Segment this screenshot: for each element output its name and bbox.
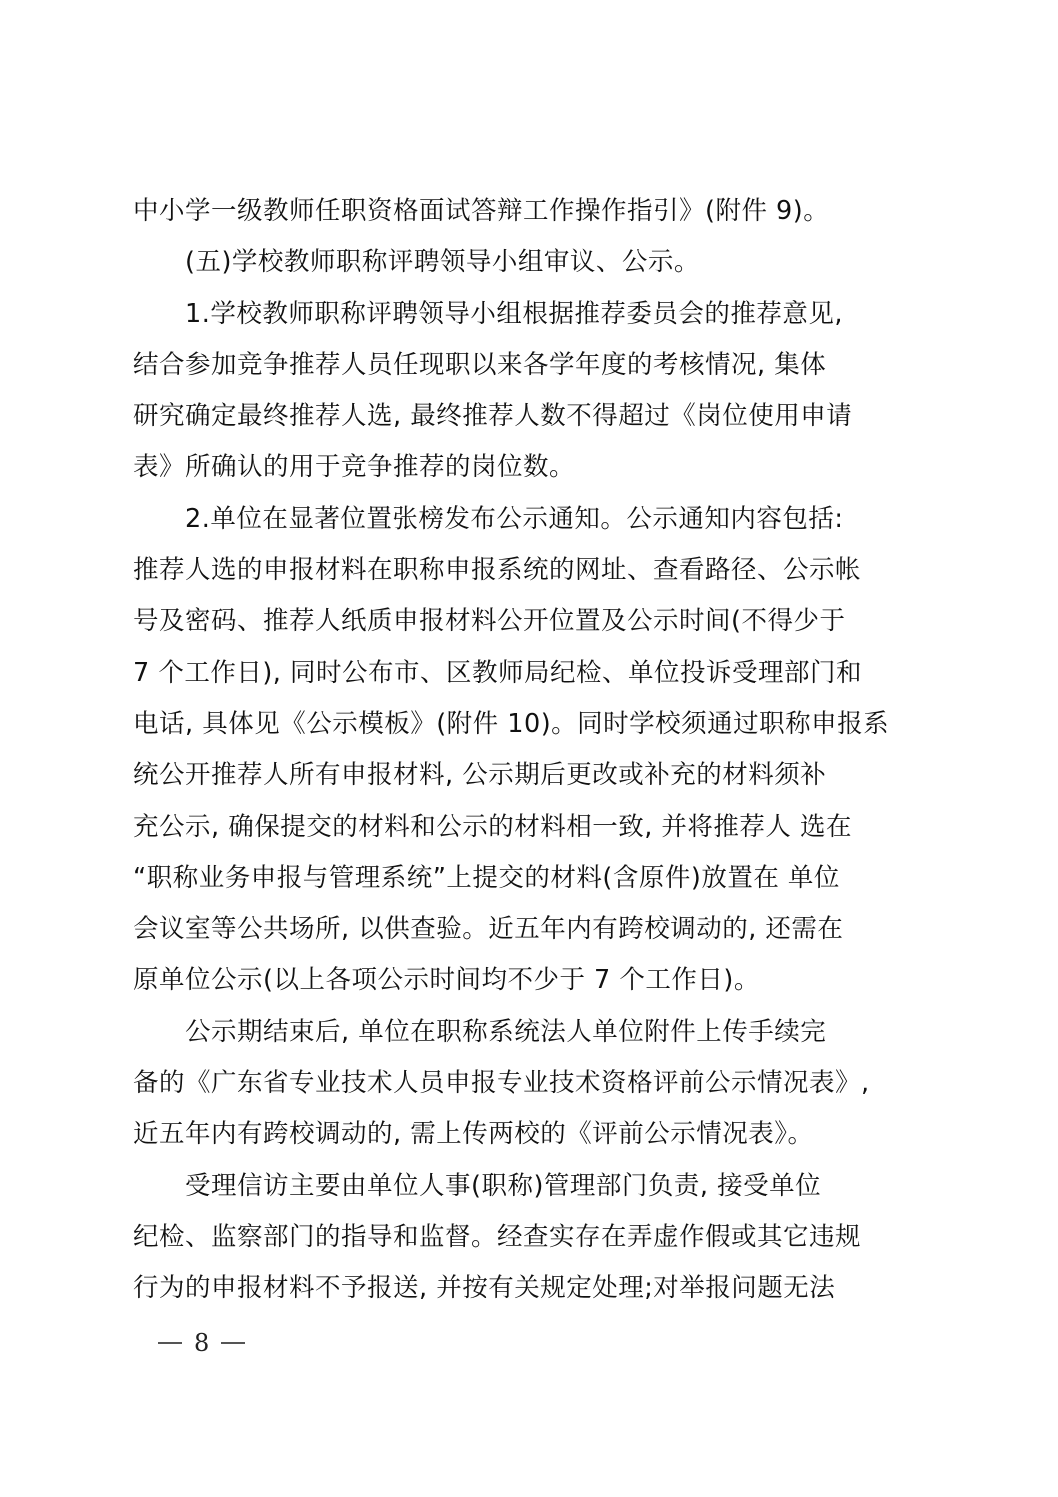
text-line-3: 1.学校教师职称评聘领导小组根据推荐委员会的推荐意见,	[133, 289, 918, 340]
text-line-16: 原单位公示(以上各项公示时间均不少于 7 个工作日)。	[133, 955, 918, 1006]
section-heading-5: (五)学校教师职称评聘领导小组审议、公示。	[133, 237, 918, 288]
text-line-8: 推荐人选的申报材料在职称申报系统的网址、查看路径、公示帐	[133, 545, 918, 596]
text-line-22: 行为的申报材料不予报送, 并按有关规定处理;对举报问题无法	[133, 1263, 918, 1314]
text-line-13: 充公示, 确保提交的材料和公示的材料相一致, 并将推荐人 选在	[133, 802, 918, 853]
text-line-14: “职称业务申报与管理系统”上提交的材料(含原件)放置在 单位	[133, 853, 918, 904]
text-line-15: 会议室等公共场所, 以供查验。近五年内有跨校调动的, 还需在	[133, 904, 918, 955]
text-line-4: 结合参加竞争推荐人员任现职以来各学年度的考核情况, 集体	[133, 340, 918, 391]
dash-right	[221, 1342, 245, 1344]
page-number-value: 8	[194, 1329, 209, 1357]
text-line-18: 备的《广东省专业技术人员申报专业技术资格评前公示情况表》,	[133, 1058, 918, 1109]
document-body: 中小学一级教师任职资格面试答辩工作操作指引》(附件 9)。 (五)学校教师职称评…	[133, 186, 918, 1315]
document-page: 中小学一级教师任职资格面试答辩工作操作指引》(附件 9)。 (五)学校教师职称评…	[0, 0, 1058, 1497]
text-line-10: 7 个工作日), 同时公布市、区教师局纪检、单位投诉受理部门和	[133, 648, 918, 699]
page-number: 8	[158, 1329, 245, 1357]
text-line-17: 公示期结束后, 单位在职称系统法人单位附件上传手续完	[133, 1007, 918, 1058]
dash-left	[158, 1342, 182, 1344]
text-line-21: 纪检、监察部门的指导和监督。经查实存在弄虚作假或其它违规	[133, 1212, 918, 1263]
text-line-1: 中小学一级教师任职资格面试答辩工作操作指引》(附件 9)。	[133, 186, 918, 237]
text-line-12: 统公开推荐人所有申报材料, 公示期后更改或补充的材料须补	[133, 750, 918, 801]
text-line-9: 号及密码、推荐人纸质申报材料公开位置及公示时间(不得少于	[133, 596, 918, 647]
text-line-11: 电话, 具体见《公示模板》(附件 10)。同时学校须通过职称申报系	[133, 699, 918, 750]
text-line-5: 研究确定最终推荐人选, 最终推荐人数不得超过《岗位使用申请	[133, 391, 918, 442]
text-line-7: 2.单位在显著位置张榜发布公示通知。公示通知内容包括:	[133, 494, 918, 545]
text-line-20: 受理信访主要由单位人事(职称)管理部门负责, 接受单位	[133, 1161, 918, 1212]
text-line-6: 表》所确认的用于竞争推荐的岗位数。	[133, 442, 918, 493]
text-line-19: 近五年内有跨校调动的, 需上传两校的《评前公示情况表》。	[133, 1109, 918, 1160]
